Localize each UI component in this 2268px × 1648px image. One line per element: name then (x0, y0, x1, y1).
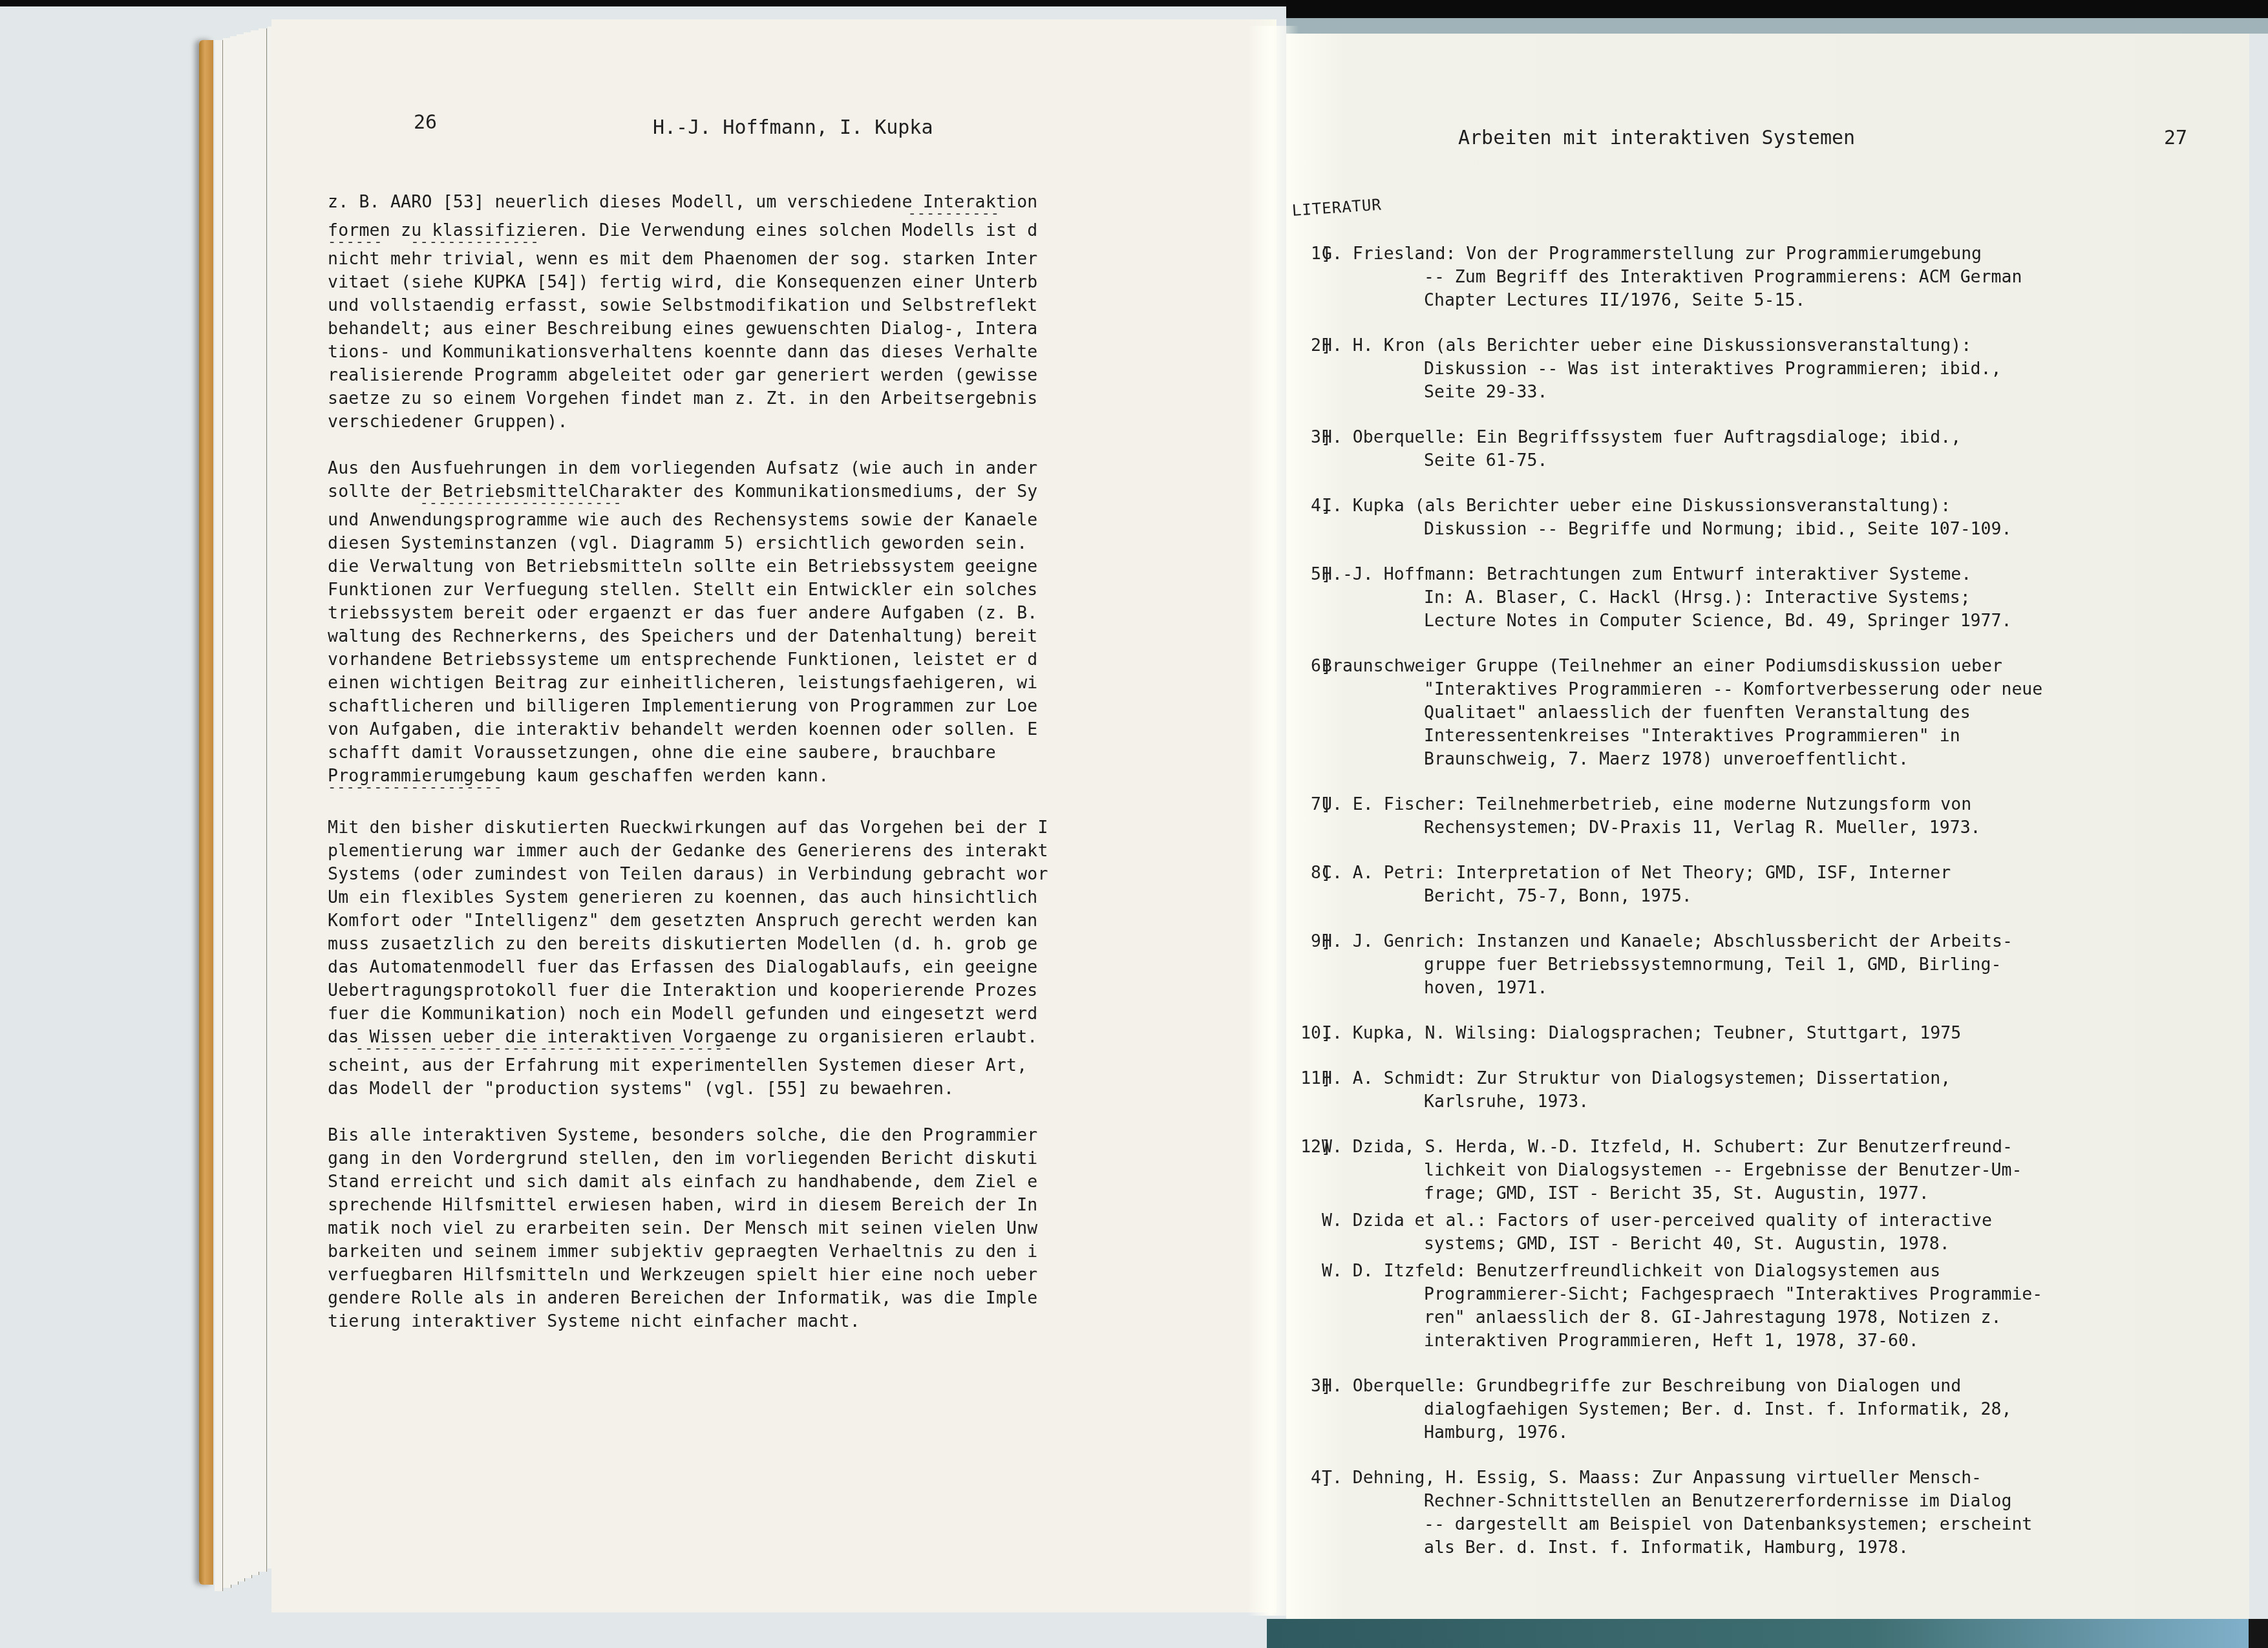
text-line: Systems (oder zumindest von Teilen darau… (328, 863, 1271, 886)
reference-number: 11] (1286, 1067, 1331, 1090)
reference-entry: 10]I. Kupka, N. Wilsing: Dialogsprachen;… (1286, 1022, 2243, 1045)
book-edge (199, 40, 213, 1585)
reference-entry: 6]Braunschweiger Gruppe (Teilnehmer an e… (1286, 655, 2243, 771)
reference-number: 8] (1286, 861, 1331, 885)
text-line: realisierende Programm abgeleitet oder g… (328, 364, 1271, 387)
reference-line: T. Dehning, H. Essig, S. Maass: Zur Anpa… (1322, 1466, 2243, 1490)
reference-line: dialogfaehigen Systemen; Ber. d. Inst. f… (1322, 1398, 2243, 1421)
reference-line: -- Zum Begriff des Interaktiven Programm… (1322, 266, 2243, 289)
page-edge (215, 40, 223, 1591)
reference-line: Programmierer-Sicht; Fachgespraech "Inte… (1322, 1283, 2243, 1306)
page-number-right: 27 (2164, 127, 2187, 149)
text-line: plementierung war immer auch der Gedanke… (328, 840, 1271, 863)
reference-number: 3] (1286, 1375, 1331, 1398)
reference-line: H. J. Genrich: Instanzen und Kanaele; Ab… (1322, 930, 2243, 953)
reference-entry: 11]H. A. Schmidt: Zur Struktur von Dialo… (1286, 1067, 2243, 1114)
text-line: das Automatenmodell fuer das Erfassen de… (328, 956, 1271, 979)
reference-line: W. D. Itzfeld: Benutzerfreundlichkeit vo… (1322, 1260, 2243, 1283)
reference-line: Lecture Notes in Computer Science, Bd. 4… (1322, 609, 2243, 633)
reference-entry: 8]C. A. Petri: Interpretation of Net The… (1286, 861, 2243, 908)
text-line: Komfort oder "Intelligenz" dem gesetzten… (328, 909, 1271, 933)
text-line: gendere Rolle als in anderen Bereichen d… (328, 1287, 1271, 1310)
reference-line: Diskussion -- Was ist interaktives Progr… (1322, 357, 2243, 381)
text-line: nicht mehr trivial, wenn es mit dem Phae… (328, 248, 1271, 271)
reference-line: hoven, 1971. (1322, 977, 2243, 1000)
reference-line: Seite 61-75. (1322, 449, 2243, 472)
text-line: vorhandene Betriebssysteme um entspreche… (328, 648, 1271, 671)
text-line: triebssystem bereit oder ergaenzt er das… (328, 602, 1271, 625)
left-page-body: z. B. AARO [53] neuerlich dieses Modell,… (328, 191, 1271, 1333)
text-line: saetze zu so einem Vorgehen findet man z… (328, 387, 1271, 410)
reference-line: "Interaktives Programmieren -- Komfortve… (1322, 678, 2243, 701)
paragraph-gap (328, 1101, 1271, 1124)
reference-line: I. Kupka (als Berichter ueber eine Disku… (1322, 494, 2243, 518)
reference-line: interaktiven Programmieren, Heft 1, 1978… (1322, 1329, 2243, 1353)
reference-entry: 5]H.-J. Hoffmann: Betrachtungen zum Entw… (1286, 563, 2243, 633)
text-line: tions- und Kommunikationsverhaltens koen… (328, 341, 1271, 364)
text-line: Stand erreicht und sich damit als einfac… (328, 1170, 1271, 1194)
reference-number: 1] (1286, 242, 1331, 266)
text-line: und Anwendungsprogramme wie auch des Rec… (328, 509, 1271, 532)
running-head-right: Arbeiten mit interaktiven Systemen (1458, 127, 1855, 149)
text-line: vitaet (siehe KUPKA [54]) fertig wird, d… (328, 271, 1271, 294)
text-line: das Modell der "production systems" (vgl… (328, 1077, 1271, 1101)
reference-line: C. A. Petri: Interpretation of Net Theor… (1322, 861, 2243, 885)
scan-bottom-border (1267, 1619, 2268, 1648)
reference-number: 10] (1286, 1022, 1331, 1045)
text-line: muss zusaetzlich zu den bereits diskutie… (328, 933, 1271, 956)
reference-line: Interessentenkreises "Interaktives Progr… (1322, 724, 2243, 748)
text-line: behandelt; aus einer Beschreibung eines … (328, 317, 1271, 341)
reference-number: 3] (1286, 426, 1331, 449)
reference-line: frage; GMD, IST - Bericht 35, St. August… (1322, 1182, 2243, 1205)
text-line: Aus den Ausfuehrungen in dem vorliegende… (328, 457, 1271, 480)
reference-entry: 12]W. Dzida, S. Herda, W.-D. Itzfeld, H.… (1286, 1136, 2243, 1205)
reference-entry: 2]H. H. Kron (als Berichter ueber eine D… (1286, 334, 2243, 404)
text-line: und vollstaendig erfasst, sowie Selbstmo… (328, 294, 1271, 317)
reference-line: Hamburg, 1976. (1322, 1421, 2243, 1444)
scan-corner (2249, 1619, 2268, 1648)
reference-number: 2] (1286, 334, 1331, 357)
reference-entry: W. D. Itzfeld: Benutzerfreundlichkeit vo… (1286, 1260, 2243, 1353)
text-line: Uebertragungsprotokoll fuer die Interakt… (328, 979, 1271, 1002)
text-line: matik noch viel zu erarbeiten sein. Der … (328, 1217, 1271, 1240)
text-line: waltung des Rechnerkerns, des Speichers … (328, 625, 1271, 648)
text-line: tierung interaktiver Systeme nicht einfa… (328, 1310, 1271, 1333)
reference-line: W. Dzida et al.: Factors of user-perceiv… (1322, 1209, 2243, 1232)
reference-line: Rechensystemen; DV-Praxis 11, Verlag R. … (1322, 816, 2243, 840)
text-line: Bis alle interaktiven Systeme, besonders… (328, 1124, 1271, 1147)
text-line: schaftlicheren und billigeren Implementi… (328, 695, 1271, 718)
running-head-left: H.-J. Hoffmann, I. Kupka (653, 116, 933, 139)
text-line: diesen Systeminstanzen (vgl. Diagramm 5)… (328, 532, 1271, 555)
reference-entry: 1]G. Friesland: Von der Programmerstellu… (1286, 242, 2243, 312)
reference-line: G. Friesland: Von der Programmerstellung… (1322, 242, 2243, 266)
reference-line: lichkeit von Dialogsystemen -- Ergebniss… (1322, 1159, 2243, 1182)
reference-entry: 7]U. E. Fischer: Teilnehmerbetrieb, eine… (1286, 793, 2243, 840)
paragraph-gap (328, 793, 1271, 816)
scan-top-border-right (1286, 0, 2268, 34)
reference-line: Chapter Lectures II/1976, Seite 5-15. (1322, 289, 2243, 312)
text-line: verfuegbaren Hilfsmitteln und Werkzeugen… (328, 1263, 1271, 1287)
reference-line: Bericht, 75-7, Bonn, 1975. (1322, 885, 2243, 908)
reference-number: 5] (1286, 563, 1331, 586)
paragraph-gap (328, 434, 1271, 457)
reference-line: W. Dzida, S. Herda, W.-D. Itzfeld, H. Sc… (1322, 1136, 2243, 1159)
reference-list: 1]G. Friesland: Von der Programmerstellu… (1286, 242, 2243, 1581)
reference-entry: 3]H. Oberquelle: Ein Begriffssystem fuer… (1286, 426, 2243, 472)
text-line: fuer die Kommunikation) noch ein Modell … (328, 1002, 1271, 1026)
text-line: die Verwaltung von Betriebsmitteln sollt… (328, 555, 1271, 578)
text-line: Funktionen zur Verfuegung stellen. Stell… (328, 578, 1271, 602)
reference-entry: 3]H. Oberquelle: Grundbegriffe zur Besch… (1286, 1375, 2243, 1444)
reference-line: Braunschweig, 7. Maerz 1978) unveroeffen… (1322, 748, 2243, 771)
reference-line: Rechner-Schnittstellen an Benutzererford… (1322, 1490, 2243, 1513)
reference-line: systems; GMD, IST - Bericht 40, St. Augu… (1322, 1232, 2243, 1256)
reference-entry: 9]H. J. Genrich: Instanzen und Kanaele; … (1286, 930, 2243, 1000)
reference-entry: 4]T. Dehning, H. Essig, S. Maass: Zur An… (1286, 1466, 2243, 1559)
text-line: gang in den Vordergrund stellen, den im … (328, 1147, 1271, 1170)
text-line: sprechende Hilfsmittel erwiesen haben, w… (328, 1194, 1271, 1217)
reference-line: gruppe fuer Betriebssystemnormung, Teil … (1322, 953, 2243, 977)
reference-line: Diskussion -- Begriffe und Normung; ibid… (1322, 518, 2243, 541)
reference-line: Braunschweiger Gruppe (Teilnehmer an ein… (1322, 655, 2243, 678)
reference-line: ren" anlaesslich der 8. GI-Jahrestagung … (1322, 1306, 2243, 1329)
reference-number: 4] (1286, 494, 1331, 518)
text-line: barkeiten und seinem immer subjektiv gep… (328, 1240, 1271, 1263)
reference-line: H.-J. Hoffmann: Betrachtungen zum Entwur… (1322, 563, 2243, 586)
reference-line: als Ber. d. Inst. f. Informatik, Hamburg… (1322, 1536, 2243, 1559)
reference-number: 9] (1286, 930, 1331, 953)
reference-line: Seite 29-33. (1322, 381, 2243, 404)
reference-line: H. Oberquelle: Ein Begriffssystem fuer A… (1322, 426, 2243, 449)
reference-line: I. Kupka, N. Wilsing: Dialogsprachen; Te… (1322, 1022, 2243, 1045)
reference-line: U. E. Fischer: Teilnehmerbetrieb, eine m… (1322, 793, 2243, 816)
page-number-left: 26 (414, 111, 437, 134)
reference-line: H. A. Schmidt: Zur Struktur von Dialogsy… (1322, 1067, 2243, 1090)
reference-line: Qualitaet" anlaesslich der fuenften Vera… (1322, 701, 2243, 724)
text-line: einen wichtigen Beitrag zur einheitliche… (328, 671, 1271, 695)
reference-entry: 4]I. Kupka (als Berichter ueber eine Dis… (1286, 494, 2243, 541)
reference-line: H. Oberquelle: Grundbegriffe zur Beschre… (1322, 1375, 2243, 1398)
reference-number: 12] (1286, 1136, 1331, 1159)
page-edge (259, 28, 267, 1572)
reference-line: Karlsruhe, 1973. (1322, 1090, 2243, 1114)
underline-mark: ---------- (328, 209, 1271, 219)
text-line: verschiedener Gruppen). (328, 410, 1271, 434)
reference-line: -- dargestellt am Beispiel von Datenbank… (1322, 1513, 2243, 1536)
reference-entry: W. Dzida et al.: Factors of user-perceiv… (1286, 1209, 2243, 1256)
text-line: von Aufgaben, die interaktiv behandelt w… (328, 718, 1271, 741)
reference-line: H. H. Kron (als Berichter ueber eine Dis… (1322, 334, 2243, 357)
text-line: Mit den bisher diskutierten Rueckwirkung… (328, 816, 1271, 840)
text-line: schafft damit Voraussetzungen, ohne die … (328, 741, 1271, 765)
reference-number: 7] (1286, 793, 1331, 816)
text-line: scheint, aus der Erfahrung mit experimen… (328, 1054, 1271, 1077)
text-line: Um ein flexibles System generieren zu ko… (328, 886, 1271, 909)
reference-line: In: A. Blaser, C. Hackl (Hrsg.): Interac… (1322, 586, 2243, 609)
reference-number: 6] (1286, 655, 1331, 678)
reference-number: 4] (1286, 1466, 1331, 1490)
